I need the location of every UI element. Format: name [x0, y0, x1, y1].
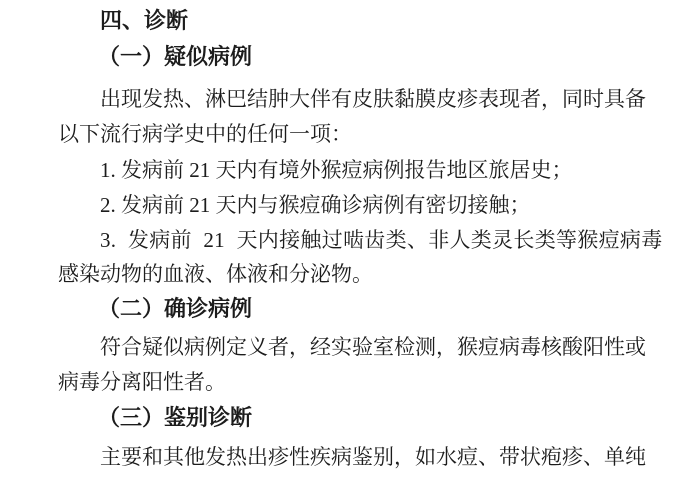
- subsection-heading-differential-diagnosis: （三）鉴别诊断: [58, 405, 686, 431]
- paragraph-line-differential-1: 主要和其他发热出疹性疾病鉴别，如水痘、带状疱疹、单纯: [58, 444, 686, 470]
- document-page: 四、诊断 （一）疑似病例 出现发热、淋巴结肿大伴有皮肤黏膜皮疹表现者，同时具备 …: [0, 0, 686, 481]
- subsection-heading-confirmed-cases: （二）确诊病例: [58, 296, 686, 322]
- list-item-epidemiology-2: 2. 发病前 21 天内与猴痘确诊病例有密切接触；: [58, 192, 686, 218]
- list-item-epidemiology-3-line-1: 3. 发病前 21 天内接触过啮齿类、非人类灵长类等猴痘病毒: [58, 227, 686, 253]
- section-heading-diagnosis: 四、诊断: [58, 8, 686, 34]
- list-item-epidemiology-1: 1. 发病前 21 天内有境外猴痘病例报告地区旅居史；: [58, 157, 686, 183]
- subsection-heading-suspected-cases: （一）疑似病例: [58, 44, 686, 70]
- paragraph-line-confirmed-1: 符合疑似病例定义者，经实验室检测，猴痘病毒核酸阳性或: [58, 334, 686, 360]
- list-item-epidemiology-3-line-2: 感染动物的血液、体液和分泌物。: [58, 261, 658, 287]
- paragraph-line-confirmed-2: 病毒分离阳性者。: [58, 369, 658, 395]
- paragraph-line-suspected-intro-1: 出现发热、淋巴结肿大伴有皮肤黏膜皮疹表现者，同时具备: [58, 86, 686, 112]
- paragraph-line-suspected-intro-2: 以下流行病学史中的任何一项：: [58, 121, 658, 147]
